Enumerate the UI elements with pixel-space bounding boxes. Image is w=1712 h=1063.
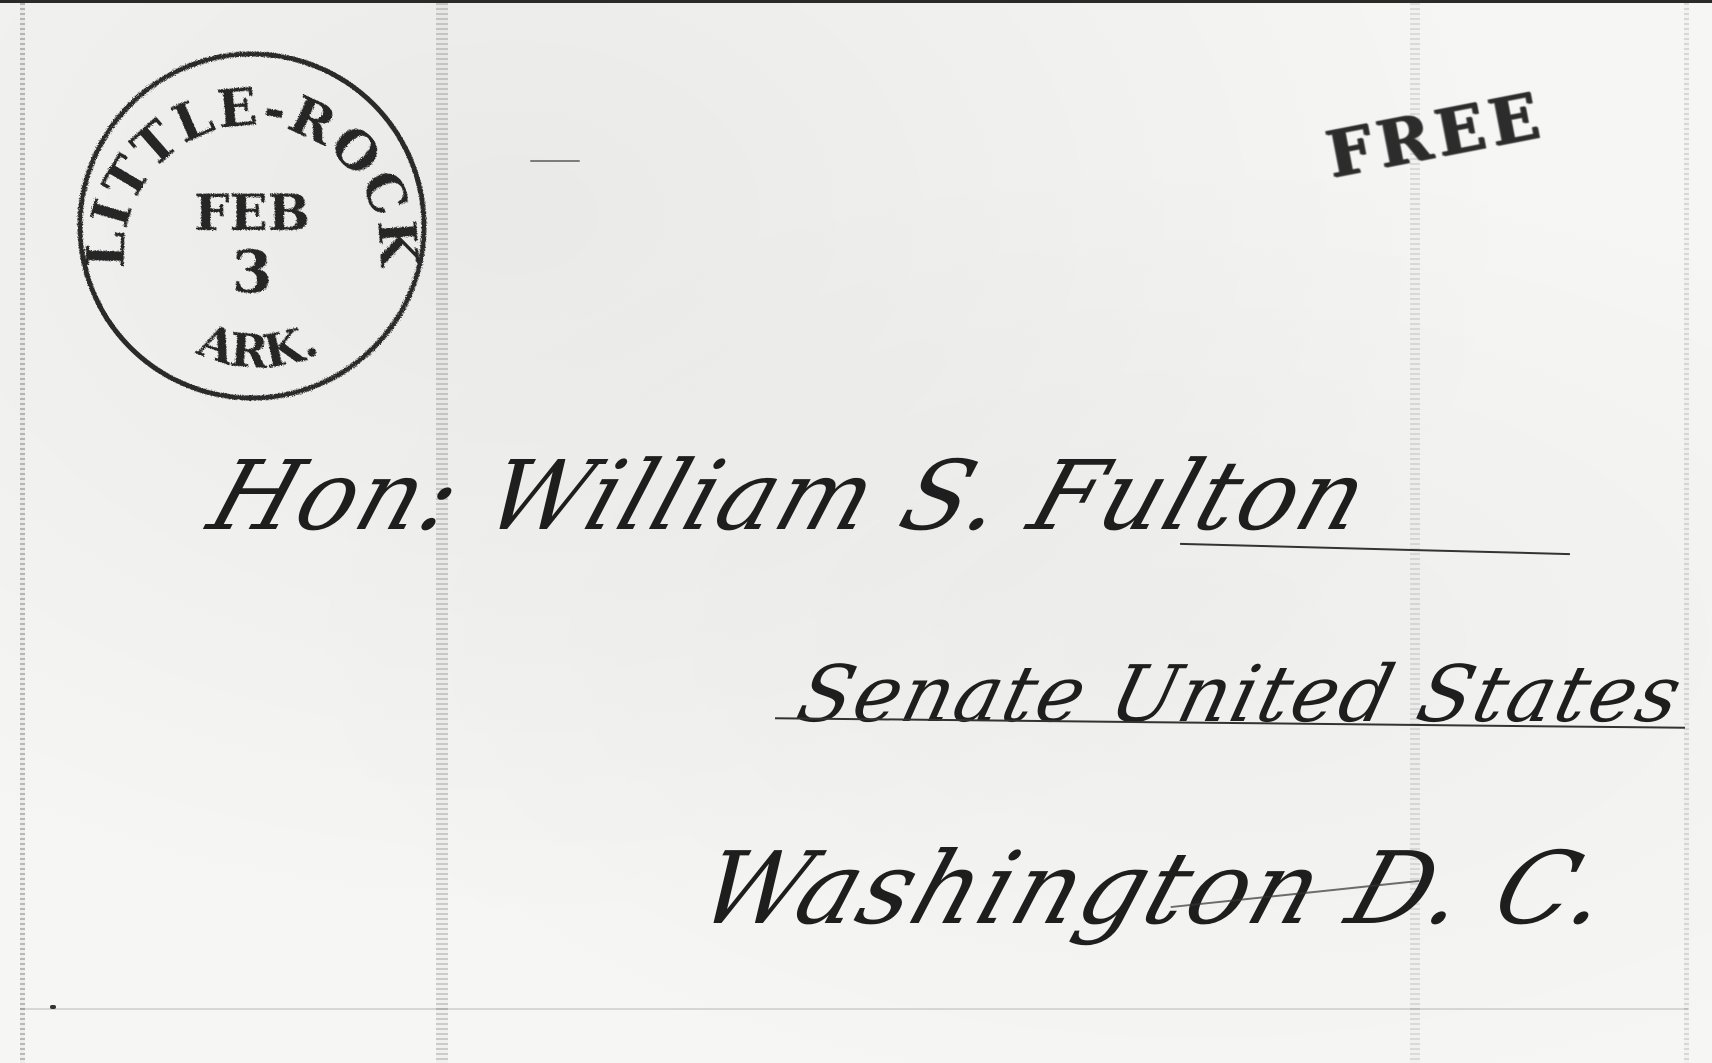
circular-postmark: LITTLE-ROCK ARK. FEB 3 bbox=[68, 42, 436, 410]
ink-mark bbox=[530, 160, 580, 162]
svg-text:ARK.: ARK. bbox=[190, 312, 325, 379]
address-line-city: Washington D. C. bbox=[686, 830, 1627, 947]
address-line-name: Hon: William S. Fulton bbox=[197, 440, 1383, 552]
postmark-stamp-icon: LITTLE-ROCK ARK. FEB 3 bbox=[68, 42, 436, 410]
bottom-fold-line bbox=[20, 1008, 1688, 1010]
left-fold-line bbox=[20, 3, 25, 1063]
postmark-state: ARK. bbox=[190, 312, 325, 379]
postmark-day: 3 bbox=[232, 238, 272, 306]
postmark-month: FEB bbox=[194, 183, 310, 242]
ink-mark bbox=[50, 1005, 56, 1009]
edge-fold-line bbox=[1684, 3, 1689, 1063]
